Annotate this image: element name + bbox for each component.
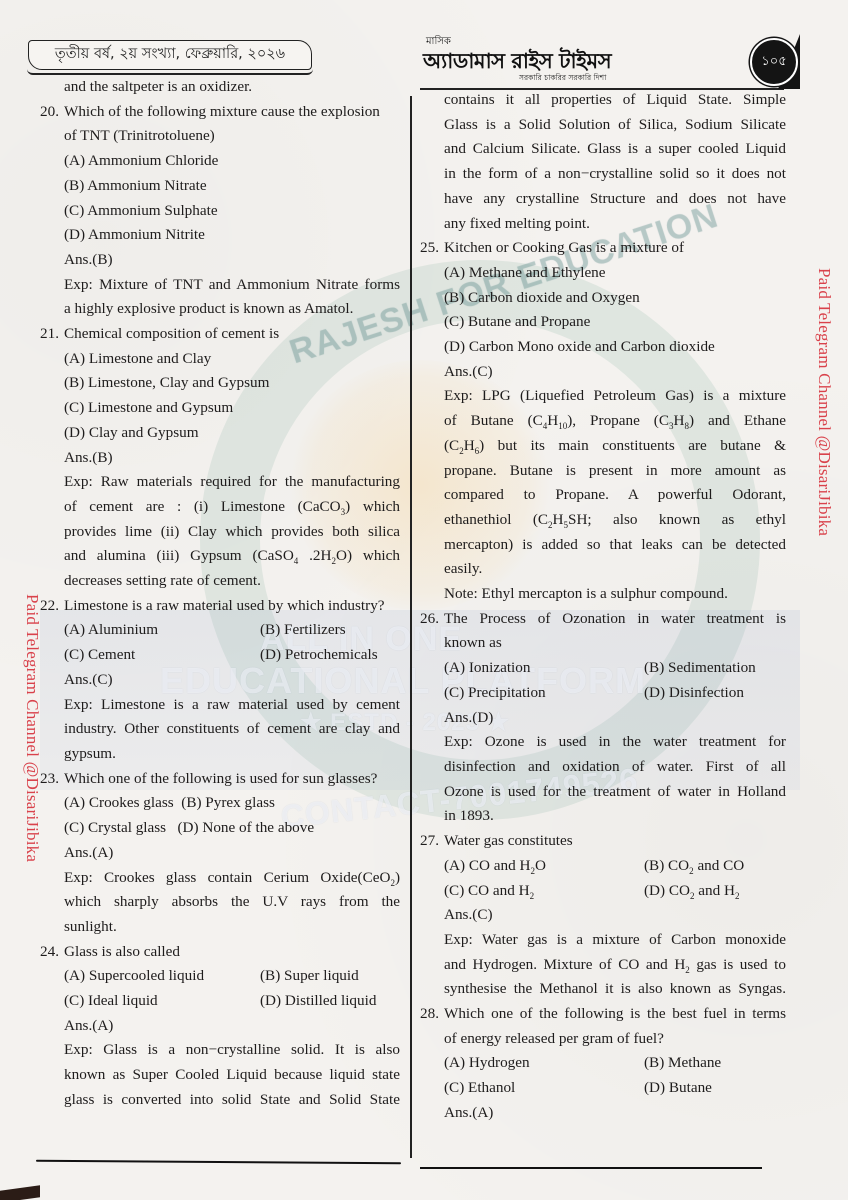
question-number: 23. (40, 767, 64, 792)
explanation-line: Ozone is used for the treatment of water… (444, 780, 786, 805)
question-number: 28. (420, 1002, 444, 1051)
option-a: (A) CO and H2O (444, 854, 644, 879)
explanation-line: disinfection and oxidation of water. Fir… (444, 755, 786, 780)
options-grid: (A) CO and H2O (B) CO2 and CO (C) CO and… (420, 854, 786, 903)
option-a: (A) Aluminium (64, 618, 260, 643)
explanation: Exp: Ozone is used in the water treatmen… (420, 730, 786, 829)
column-divider (410, 96, 412, 1158)
explanation-line: provides lime (ii) Clay which provides b… (64, 520, 400, 545)
right-column: contains it all properties of Liquid Sta… (420, 88, 786, 1126)
question-number: 21. (40, 322, 64, 347)
explanation-line: easily. (444, 557, 786, 582)
side-channel-label-left: Paid Telegram Channel @DisariJibika (22, 594, 42, 862)
option-d: (D) CO2 and H2 (644, 879, 786, 904)
option-b: (B) Fertilizers (260, 618, 400, 643)
option-b: (B) Sedimentation (644, 656, 786, 681)
explanation-line: contains it all properties of Liquid Sta… (444, 88, 786, 113)
question-text: Chemical composition of cement is (64, 322, 400, 347)
option-a: (A) Ionization (444, 656, 644, 681)
explanation-line: Exp: Mixture of TNT and Ammonium Nitrate… (64, 273, 400, 298)
explanation: Exp: Mixture of TNT and Ammonium Nitrate… (40, 273, 400, 322)
question-number: 26. (420, 607, 444, 656)
option-a: (A) Hydrogen (444, 1051, 644, 1076)
explanation: Exp: Water gas is a mixture of Carbon mo… (420, 928, 786, 1002)
explanation-line: sunlight. (64, 915, 400, 940)
explanation-line: any fixed melting point. (444, 212, 786, 237)
carryover-explanation: contains it all properties of Liquid Sta… (420, 88, 786, 236)
side-channel-label-right: Paid Telegram Channel @DisariJibika (814, 268, 834, 536)
explanation-line: compared to Propane. A powerful Odorant, (444, 483, 786, 508)
answer: Ans.(B) (40, 446, 400, 471)
explanation-line: ethanethiol (C2H5SH; also known as ethyl (444, 508, 786, 533)
answer: Ans.(C) (420, 903, 786, 928)
option-a: (A) Methane and Ethylene (420, 261, 786, 286)
option-a: (A) Limestone and Clay (40, 347, 400, 372)
question-28: 28. Which one of the following is the be… (420, 1002, 786, 1051)
option-b: (B) Limestone, Clay and Gypsum (40, 371, 400, 396)
question-text: of TNT (Trinitrotoluene) (64, 124, 400, 149)
question-text: Limestone is a raw material used by whic… (64, 594, 400, 619)
explanation-line: Exp: Ozone is used in the water treatmen… (444, 730, 786, 755)
explanation: Exp: Glass is a non−crystalline solid. I… (40, 1038, 400, 1112)
explanation-line: gypsum. (64, 742, 400, 767)
explanation-line: which sharply absorbs the U.V rays from … (64, 890, 400, 915)
option-c: (C) CO and H2 (444, 879, 644, 904)
option-a: (A) Supercooled liquid (64, 964, 260, 989)
options-row-1: (A) Crookes glass (B) Pyrex glass (40, 791, 400, 816)
option-c: (C) Limestone and Gypsum (40, 396, 400, 421)
answer: Ans.(B) (40, 248, 400, 273)
question-27: 27. Water gas constitutes (420, 829, 786, 854)
explanation-line: Glass is a Solid Solution of Silica, Sod… (444, 113, 786, 138)
option-b: (B) Ammonium Nitrate (40, 174, 400, 199)
question-21: 21. Chemical composition of cement is (40, 322, 400, 347)
question-text: Which one of the following is used for s… (64, 767, 400, 792)
question-number: 24. (40, 940, 64, 965)
explanation: Exp: Limestone is a raw material used by… (40, 693, 400, 767)
question-text: Glass is also called (64, 940, 400, 965)
masthead: মাসিক অ্যাডামাস রাইস টাইমস সরকারি চাকরির… (423, 34, 663, 89)
explanation-line: industry. Other constituents of cement a… (64, 717, 400, 742)
option-d: (D) Ammonium Nitrite (40, 223, 400, 248)
answer: Ans.(A) (420, 1101, 786, 1126)
option-d: (D) Clay and Gypsum (40, 421, 400, 446)
explanation: Exp: Raw materials required for the manu… (40, 470, 400, 594)
question-22: 22. Limestone is a raw material used by … (40, 594, 400, 619)
explanation-line: synthesise the Methanol it is also known… (444, 977, 786, 1002)
options-grid: (A) Supercooled liquid (B) Super liquid … (40, 964, 400, 1013)
question-text: Kitchen or Cooking Gas is a mixture of (444, 236, 786, 261)
options-grid: (A) Aluminium (B) Fertilizers (C) Cement… (40, 618, 400, 667)
question-23: 23. Which one of the following is used f… (40, 767, 400, 792)
explanation-line: (C2H6) but its main constituents are but… (444, 434, 786, 459)
question-26: 26. The Process of Ozonation in water tr… (420, 607, 786, 656)
option-b: (B) Methane (644, 1051, 786, 1076)
explanation-line: decreases setting rate of cement. (64, 569, 400, 594)
option-c: (C) Butane and Propane (420, 310, 786, 335)
explanation-line: and Calcium Silicate. Glass is a super c… (444, 137, 786, 162)
explanation-line: propane. Butane is present in more amoun… (444, 459, 786, 484)
option-d: (D) Distilled liquid (260, 989, 400, 1014)
issue-line: তৃতীয় বর্ষ, ২য় সংখ্যা, ফেব্রুয়ারি, ২০… (55, 43, 285, 67)
question-24: 24. Glass is also called (40, 940, 400, 965)
options-row-2: (C) Crystal glass (D) None of the above (40, 816, 400, 841)
explanation-line: have any crystalline Structure and does … (444, 187, 786, 212)
options-grid: (A) Ionization (B) Sedimentation (C) Pre… (420, 656, 786, 705)
option-d: (D) Butane (644, 1076, 786, 1101)
question-text: The Process of Ozonation in water treatm… (444, 607, 786, 632)
explanation-line: and alumina (iii) Gypsum (CaSO4 .2H2O) w… (64, 544, 400, 569)
explanation-line: Exp: Limestone is a raw material used by… (64, 693, 400, 718)
explanation-line: mercapton) is added so that leaks can be… (444, 533, 786, 558)
question-text: of energy released per gram of fuel? (444, 1027, 786, 1052)
option-a: (A) Ammonium Chloride (40, 149, 400, 174)
option-b: (B) Super liquid (260, 964, 400, 989)
option-d: (D) Disinfection (644, 681, 786, 706)
explanation-line: in 1893. (444, 804, 786, 829)
option-d: (D) Petrochemicals (260, 643, 400, 668)
carryover-text: and the saltpeter is an oxidizer. (40, 75, 400, 100)
option-c: (C) Cement (64, 643, 260, 668)
question-20: 20. Which of the following mixture cause… (40, 100, 400, 149)
explanation: Exp: LPG (Liquefied Petroleum Gas) is a … (420, 384, 786, 606)
explanation-line: a highly explosive product is known as A… (64, 297, 400, 322)
explanation-line: of Butane (C4H10), Propane (C3H8) and Et… (444, 409, 786, 434)
explanation: Exp: Crookes glass contain Cerium Oxide(… (40, 866, 400, 940)
explanation-line: Exp: Crookes glass contain Cerium Oxide(… (64, 866, 400, 891)
explanation-line: Exp: Glass is a non−crystalline solid. I… (64, 1038, 400, 1063)
explanation-line: Exp: LPG (Liquefied Petroleum Gas) is a … (444, 384, 786, 409)
question-text: known as (444, 631, 786, 656)
option-c: (C) Ethanol (444, 1076, 644, 1101)
magazine-tagline: সরকারি চাকরির সরকারি দিশা (519, 73, 606, 85)
page-number: ১০৫ (761, 52, 786, 73)
question-number: 22. (40, 594, 64, 619)
explanation-line: Exp: Water gas is a mixture of Carbon mo… (444, 928, 786, 953)
question-text: Water gas constitutes (444, 829, 786, 854)
option-d: (D) Carbon Mono oxide and Carbon dioxide (420, 335, 786, 360)
explanation-line: Exp: Raw materials required for the manu… (64, 470, 400, 495)
answer: Ans.(C) (420, 360, 786, 385)
footer-rule-right (420, 1167, 762, 1169)
question-25: 25. Kitchen or Cooking Gas is a mixture … (420, 236, 786, 261)
answer: Ans.(C) (40, 668, 400, 693)
explanation-line: glass is converted into solid State and … (64, 1088, 400, 1113)
question-number: 25. (420, 236, 444, 261)
issue-info: তৃতীয় বর্ষ, ২য় সংখ্যা, ফেব্রুয়ারি, ২০… (28, 40, 312, 70)
option-c: (C) Ammonium Sulphate (40, 199, 400, 224)
answer: Ans.(D) (420, 706, 786, 731)
question-text: Which of the following mixture cause the… (64, 100, 400, 125)
explanation-line: known as Super Cooled Liquid because liq… (64, 1063, 400, 1088)
question-number: 27. (420, 829, 444, 854)
option-b: (B) Carbon dioxide and Oxygen (420, 286, 786, 311)
left-column: and the saltpeter is an oxidizer. 20. Wh… (40, 75, 400, 1113)
answer: Ans.(A) (40, 841, 400, 866)
explanation-line: of cement are : (i) Limestone (CaCO3) wh… (64, 495, 400, 520)
option-c: (C) Precipitation (444, 681, 644, 706)
page-number-badge: ১০৫ (750, 38, 798, 86)
options-grid: (A) Hydrogen (B) Methane (C) Ethanol (D)… (420, 1051, 786, 1100)
answer: Ans.(A) (40, 1014, 400, 1039)
option-b: (B) CO2 and CO (644, 854, 786, 879)
explanation-line: in the form of a non−crystalline solid s… (444, 162, 786, 187)
explanation-line: and Hydrogen. Mixture of CO and H2 gas i… (444, 953, 786, 978)
explanation-note: Note: Ethyl mercapton is a sulphur compo… (444, 582, 786, 607)
option-c: (C) Ideal liquid (64, 989, 260, 1014)
question-text: Which one of the following is the best f… (444, 1002, 786, 1027)
question-number: 20. (40, 100, 64, 149)
